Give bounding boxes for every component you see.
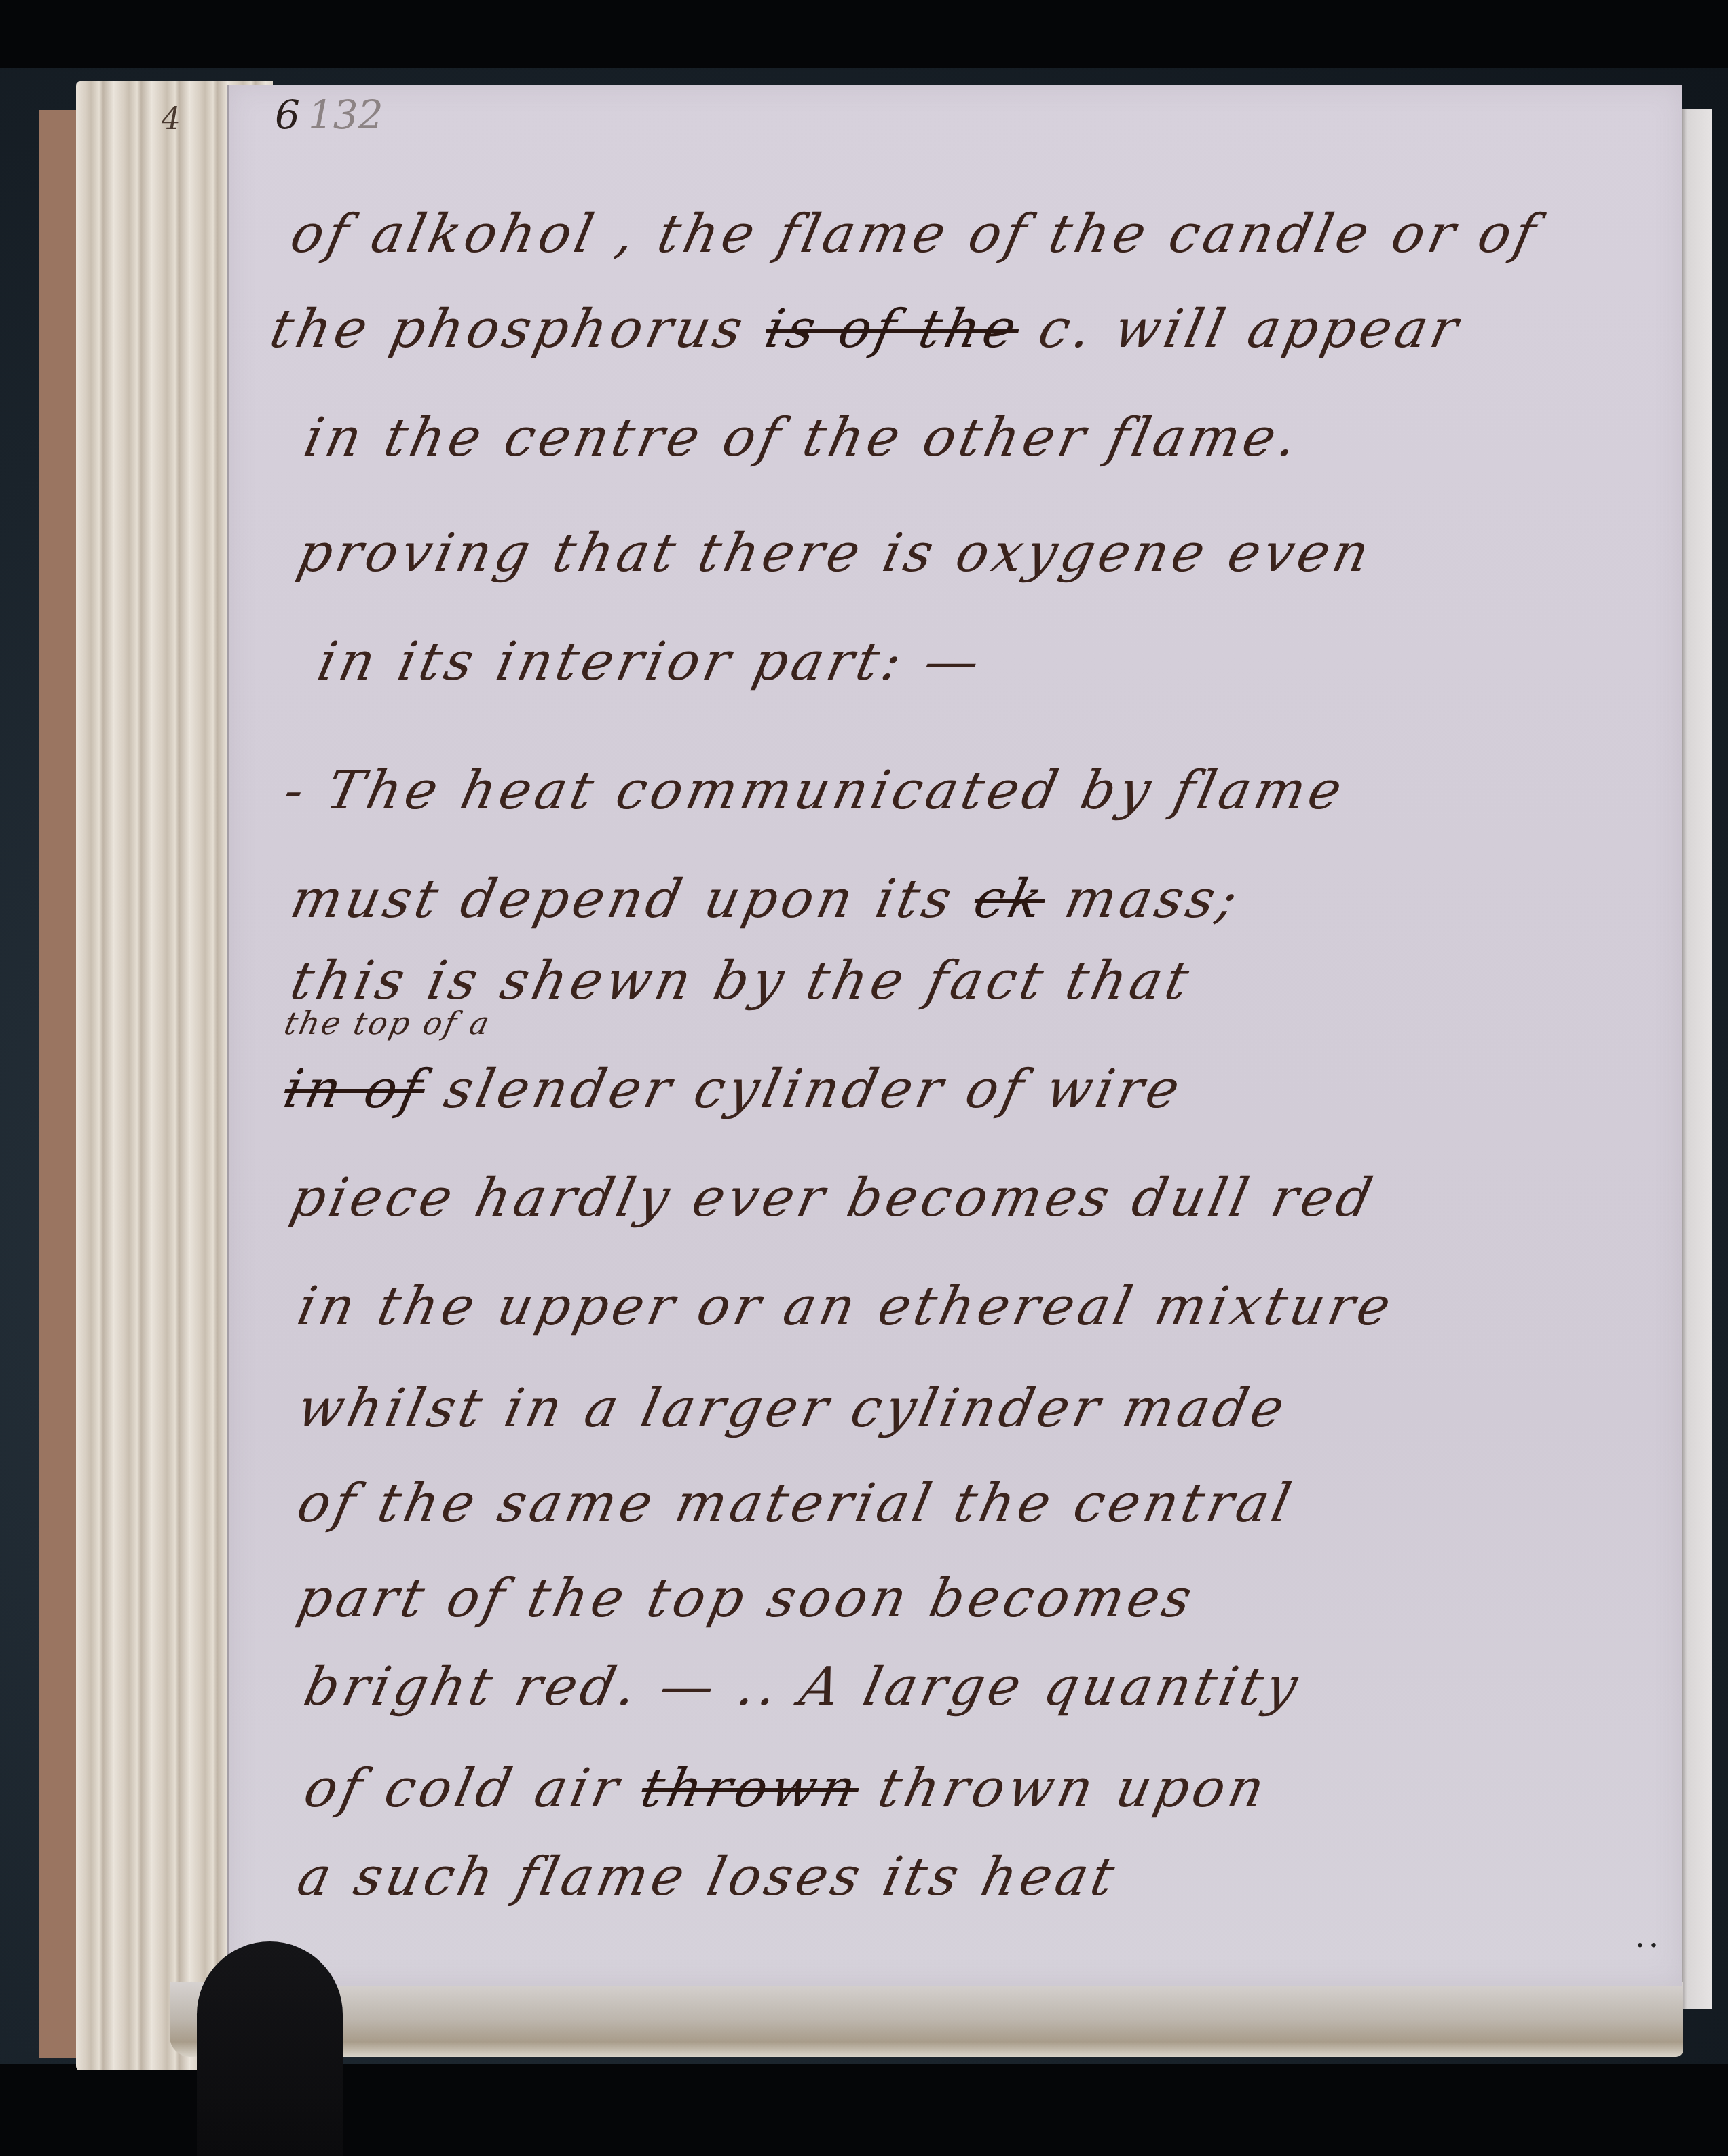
manuscript-line-4: proving that there is oxygene even [292,523,1378,584]
folio-number-pencil: 132 [308,92,383,138]
book-board-edge [39,110,81,2058]
line-text: mass; [1038,869,1247,930]
manuscript-line-13: of the same material the central [292,1473,1300,1534]
manuscript-line-2: the phosphorus is of the c. will appear [265,299,1467,360]
page-stack-bottom [170,1982,1683,2057]
line-text: thrown upon [852,1758,1274,1819]
page-number-ink: 6 [275,92,300,138]
manuscript-line-15: bright red. — .. A large quantity [299,1656,1307,1717]
manuscript-line-1: of alkohol , the flame of the candle or … [285,204,1545,265]
manuscript-line-8: this is shewn by the fact that [285,950,1197,1011]
struck-text: ck [969,869,1051,930]
manuscript-line-6: - The heat communicated by flame [278,760,1351,821]
manuscript-interlinear-insert: the top of a [281,1005,494,1041]
ink-specks: • • [1636,1938,1658,1955]
line-text: slender cylinder of wire [418,1059,1188,1120]
page-number: 6132 [275,92,383,138]
manuscript-line-17: a such flame loses its heat [292,1846,1123,1908]
manuscript-line-9: in of slender cylinder of wire [278,1059,1188,1120]
manuscript-line-7: must depend upon its ck mass; [285,869,1246,930]
struck-text: is of the [760,299,1026,360]
manuscript-line-12: whilst in a larger cylinder made [292,1378,1293,1439]
line-text: must depend upon its [285,869,981,930]
line-text: the phosphorus [265,299,772,360]
line-text: c. will appear [1013,299,1467,360]
line-text: of cold air [299,1758,649,1819]
margin-mark: 4 [162,102,181,136]
manuscript-line-16: of cold air thrown thrown upon [299,1758,1273,1819]
manuscript-line-5: in its interior part: — [312,631,988,692]
struck-text: thrown [636,1758,865,1819]
holding-thumb [197,1941,343,2156]
struck-text: in of [278,1059,431,1120]
manuscript-line-11: in the upper or an ethereal mixture [292,1276,1400,1337]
manuscript-line-14: part of the top soon becomes [292,1568,1201,1629]
manuscript-line-3: in the centre of the other flame. [299,407,1306,468]
manuscript-line-10: piece hardly ever becomes dull red [285,1168,1381,1229]
